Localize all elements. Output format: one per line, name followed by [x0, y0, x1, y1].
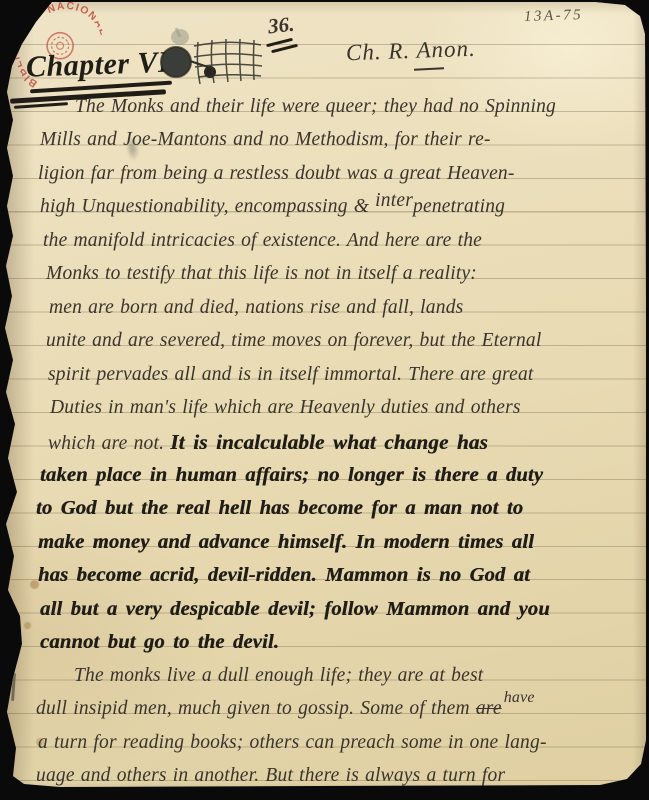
manuscript-text-segment: high Unquestionability, encompassing & — [40, 196, 375, 217]
manuscript-line: all but a very despicable devil; follow … — [40, 599, 550, 620]
manuscript-line: has become acrid, devil-ridden. Mammon i… — [38, 565, 530, 586]
manuscript-line: Duties in man's life which are Heavenly … — [50, 398, 521, 418]
manuscript-line: ligion far from being a restless doubt w… — [38, 164, 515, 184]
manuscript-text-segment: Mills and Joe-Mantons and no Methodism, … — [40, 129, 491, 150]
manuscript-text-segment: unite and are severed, time moves on for… — [46, 330, 542, 351]
manuscript-line: the manifold intricacies of existence. A… — [43, 231, 482, 251]
manuscript-text-segment: dull insipid men, much given to gossip. … — [36, 698, 476, 719]
manuscript-line: high Unquestionability, encompassing & i… — [40, 197, 505, 217]
manuscript-text-segment: all but a very despicable devil; follow … — [40, 598, 550, 620]
manuscript-line: make money and advance himself. In moder… — [38, 532, 534, 553]
manuscript-line: cannot but go to the devil. — [40, 632, 279, 653]
manuscript-line: Mills and Joe-Mantons and no Methodism, … — [40, 130, 491, 150]
manuscript-paper: BIBLIOTECA NACIONAL 36. 13A-75 Ch. R. An… — [0, 0, 649, 800]
manuscript-text-segment: have — [504, 689, 535, 706]
manuscript-text-segment: uage and others in another. But there is… — [36, 765, 505, 786]
manuscript-text-segment: make money and advance himself. In moder… — [38, 531, 534, 553]
manuscript-text-segment: Monks to testify that this life is not i… — [46, 263, 477, 284]
manuscript-body: The Monks and their life were queer; the… — [0, 0, 649, 800]
scan-background: BIBLIOTECA NACIONAL 36. 13A-75 Ch. R. An… — [0, 0, 649, 800]
manuscript-text-segment: has become acrid, devil-ridden. Mammon i… — [38, 564, 530, 586]
manuscript-line: taken place in human affairs; no longer … — [40, 465, 543, 486]
manuscript-text-segment: the manifold intricacies of existence. A… — [43, 230, 482, 251]
manuscript-text-segment: are — [476, 698, 502, 719]
manuscript-line: uage and others in another. But there is… — [36, 766, 505, 786]
manuscript-line: dull insipid men, much given to gossip. … — [36, 699, 535, 719]
manuscript-text-segment: men are born and died, nations rise and … — [49, 297, 463, 318]
manuscript-text-segment: spirit pervades all and is in itself imm… — [48, 364, 534, 385]
manuscript-line: men are born and died, nations rise and … — [49, 298, 463, 318]
manuscript-line: The monks live a dull enough life; they … — [74, 666, 483, 686]
manuscript-text-segment: It is incalculable what change has — [170, 430, 488, 454]
manuscript-line: which are not. It is incalculable what c… — [48, 432, 488, 454]
manuscript-text-segment: to God but the real hell has become for … — [36, 497, 523, 519]
manuscript-text-segment: ligion far from being a restless doubt w… — [38, 163, 515, 184]
manuscript-line: a turn for reading books; others can pre… — [38, 733, 547, 753]
manuscript-text-segment: Duties in man's life which are Heavenly … — [50, 397, 521, 418]
manuscript-line: to God but the real hell has become for … — [36, 498, 523, 519]
manuscript-text-segment: The Monks and their life were queer; the… — [75, 96, 556, 117]
manuscript-text-segment: cannot but go to the devil. — [40, 631, 279, 653]
manuscript-line: unite and are severed, time moves on for… — [46, 331, 542, 351]
manuscript-line: spirit pervades all and is in itself imm… — [48, 365, 534, 385]
manuscript-text-segment: The monks live a dull enough life; they … — [74, 665, 483, 686]
manuscript-line: Monks to testify that this life is not i… — [46, 264, 477, 284]
manuscript-text-segment: inter — [375, 190, 413, 211]
manuscript-text-segment: which are not. — [48, 433, 170, 454]
manuscript-line: The Monks and their life were queer; the… — [75, 97, 556, 117]
manuscript-text-segment: taken place in human affairs; no longer … — [40, 464, 543, 486]
manuscript-text-segment: penetrating — [413, 196, 505, 217]
manuscript-text-segment: a turn for reading books; others can pre… — [38, 732, 547, 753]
